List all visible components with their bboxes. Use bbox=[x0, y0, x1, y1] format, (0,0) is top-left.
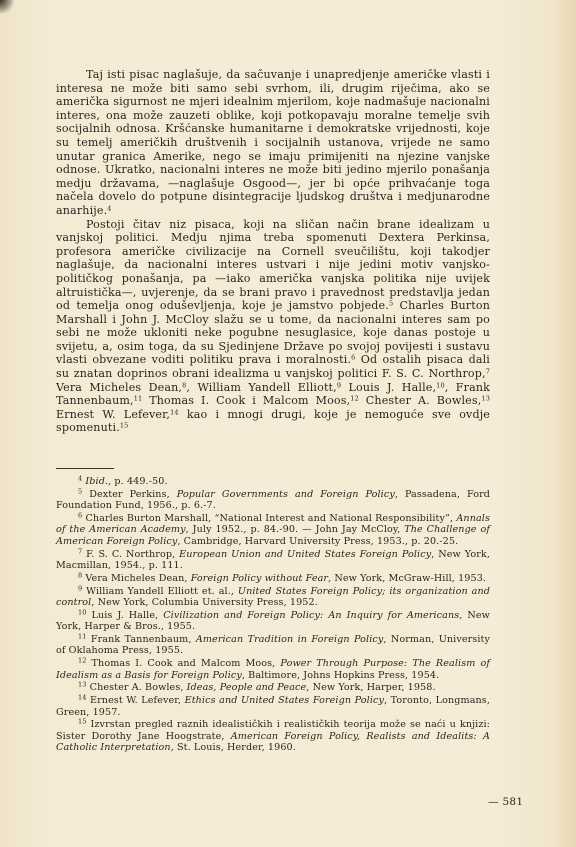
footnote-6: 6 Charles Burton Marshall, “National Int… bbox=[56, 513, 490, 547]
footnote-13: 13 Chester A. Bowles, Ideas, People and … bbox=[56, 682, 490, 693]
footnote-ref: 13 bbox=[481, 395, 490, 403]
page-corner-shadow bbox=[0, 0, 14, 14]
footnote-9: 9 William Yandell Elliott et. al., Unite… bbox=[56, 586, 490, 609]
footnote-11: 11 Frank Tannenbaum, American Tradition … bbox=[56, 634, 490, 657]
footnote-ref: 10 bbox=[436, 381, 445, 389]
footnote-7: 7 F. S. C. Northrop, European Union and … bbox=[56, 549, 490, 572]
footnote-ref: 4 bbox=[107, 204, 111, 212]
footnote-8: 8 Vera Micheles Dean, Foreign Policy wit… bbox=[56, 573, 490, 584]
footnote-ref: 15 bbox=[120, 422, 129, 430]
scanned-page: Taj isti pisac naglašuje, da sačuvanje i… bbox=[0, 0, 576, 847]
main-text: Taj isti pisac naglašuje, da sačuvanje i… bbox=[56, 68, 490, 435]
footnote-ref: 14 bbox=[170, 408, 179, 416]
footnote-10: 10 Luis J. Halle, Civilization and Forei… bbox=[56, 610, 490, 633]
footnote-divider bbox=[56, 468, 114, 469]
paragraph-1: Taj isti pisac naglašuje, da sačuvanje i… bbox=[56, 68, 490, 218]
footnote-5: 5 Dexter Perkins, Popular Governments an… bbox=[56, 489, 490, 512]
footnote-ref: 7 bbox=[486, 368, 490, 376]
footnote-12: 12 Thomas I. Cook and Malcom Moos, Power… bbox=[56, 658, 490, 681]
footnote-4: 4 Ibid., p. 449.-50. bbox=[56, 476, 490, 487]
footnotes: 4 Ibid., p. 449.-50. 5 Dexter Perkins, P… bbox=[56, 476, 490, 755]
page-number: — 581 bbox=[488, 796, 523, 808]
paragraph-2: Postoji čitav niz pisaca, koji na sličan… bbox=[56, 218, 490, 436]
footnote-ref: 11 bbox=[134, 395, 143, 403]
footnote-15: 15 Izvrstan pregled raznih idealističkih… bbox=[56, 719, 490, 753]
footnote-ref: 12 bbox=[350, 395, 359, 403]
footnote-14: 14 Ernest W. Lefever, Ethics and United … bbox=[56, 695, 490, 718]
